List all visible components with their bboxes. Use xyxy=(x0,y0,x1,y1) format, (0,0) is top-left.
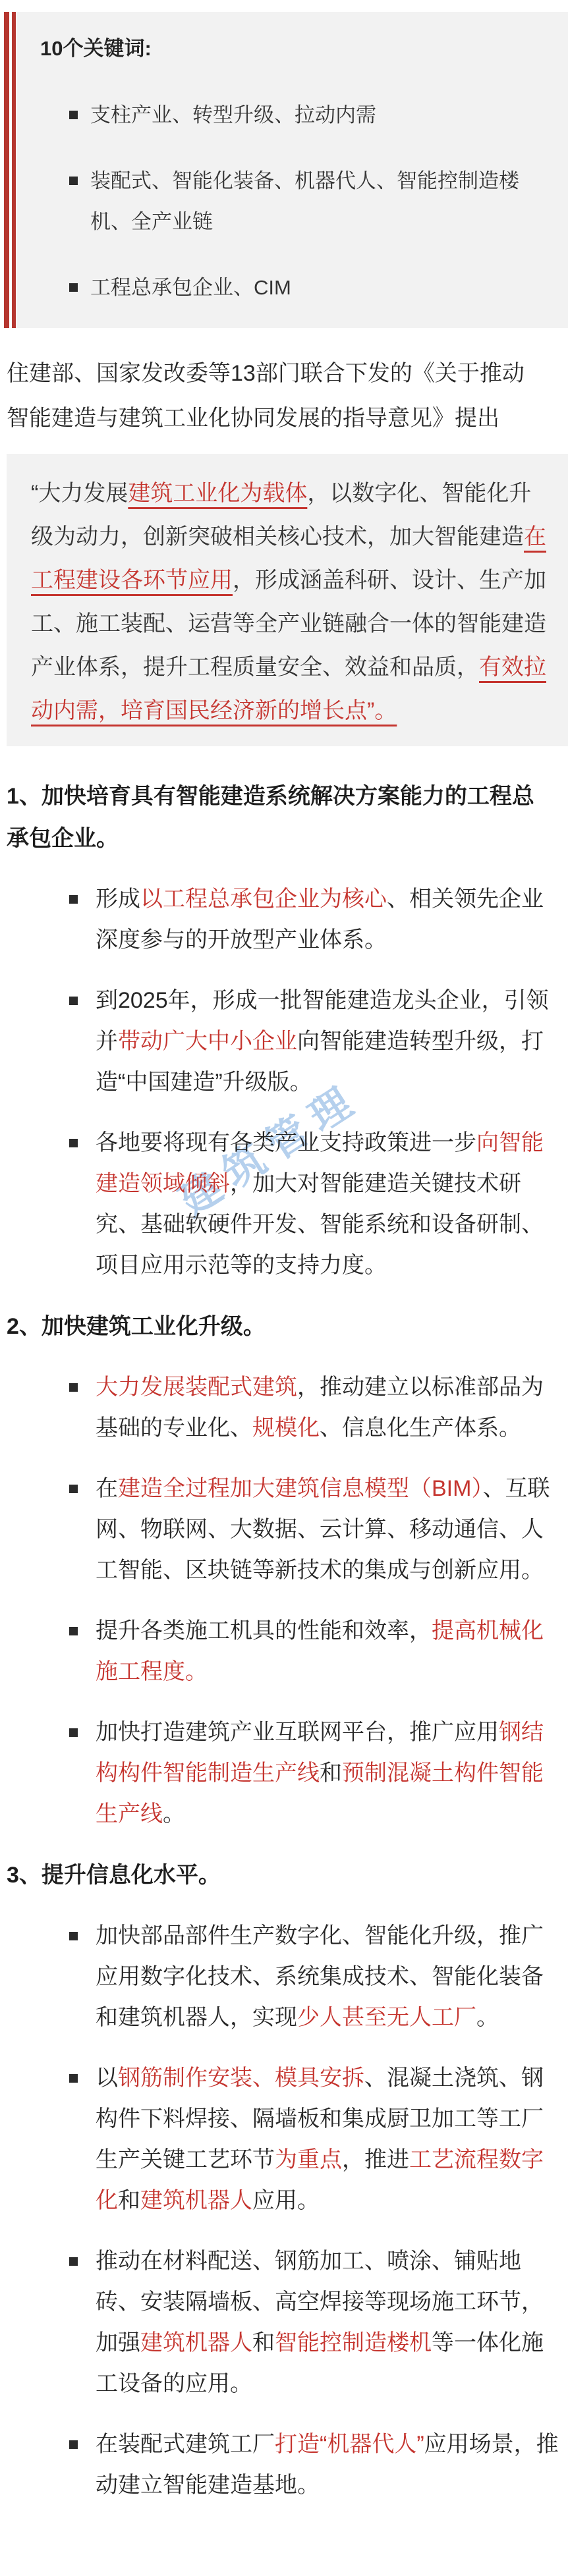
bullet-item: 推动在材料配送、钢筋加工、喷涂、铺贴地砖、安装隔墙板、高空焊接等现场施工环节，加… xyxy=(0,2241,568,2404)
keyword-item: 支柱产业、转型升级、拉动内需 xyxy=(40,95,548,136)
plain-text: 和 xyxy=(252,2330,275,2355)
article-page: 建筑管理 10个关键词: 支柱产业、转型升级、拉动内需 装配式、智能化装备、机器… xyxy=(0,0,568,2537)
bullet-text: 提升各类施工机具的性能和效率，提高机械化施工程度。 xyxy=(96,1618,544,1684)
plain-text: 在装配式建筑工厂 xyxy=(96,2432,275,2457)
bullet-text: 形成以工程总承包企业为核心、相关领先企业深度参与的开放型产业体系。 xyxy=(96,887,544,952)
keywords-box-body: 10个关键词: 支柱产业、转型升级、拉动内需 装配式、智能化装备、机器代人、智能… xyxy=(16,12,568,328)
bullet-text: 以钢筋制作安装、模具安拆、混凝土浇筑、钢构件下料焊接、隔墙板和集成厨卫加工等工厂… xyxy=(96,2066,544,2213)
plain-text: 提升各类施工机具的性能和效率， xyxy=(96,1618,432,1643)
intro-paragraph: 住建部、国家发改委等13部门联合下发的《关于推动智能建造与建筑工业化协同发展的指… xyxy=(7,351,542,441)
plain-text: 、信息化生产体系。 xyxy=(320,1415,521,1440)
bullet-square-icon xyxy=(69,1485,78,1493)
highlight-red-text: 建筑机器人 xyxy=(140,2330,252,2355)
bullet-square-icon xyxy=(69,2074,78,2083)
plain-text: 形成 xyxy=(96,887,140,912)
keyword-text: 支柱产业、转型升级、拉动内需 xyxy=(90,103,376,126)
plain-text: 住建部、国家发改委等13部门联合下发的《关于推动智能建造与建筑工业化协同发展的指… xyxy=(7,361,525,431)
plain-text: 以 xyxy=(96,2066,118,2091)
section-bullet-list: 形成以工程总承包企业为核心、相关领先企业深度参与的开放型产业体系。 到2025年… xyxy=(0,879,568,1286)
highlight-red-text: 规模化 xyxy=(252,1415,320,1440)
bullet-item: 形成以工程总承包企业为核心、相关领先企业深度参与的开放型产业体系。 xyxy=(0,879,568,960)
keyword-item: 工程总承包企业、CIM xyxy=(40,267,548,308)
bullet-text: 在建造全过程加大建筑信息模型（BIM）、互联网、物联网、大数据、云计算、移动通信… xyxy=(96,1476,550,1583)
highlight-red-text: 少人甚至无人工厂 xyxy=(297,2005,476,2030)
highlight-red-text: 钢筋制作安装、模具安拆 xyxy=(118,2066,364,2091)
bullet-square-icon xyxy=(69,997,78,1005)
highlight-red-text: 建造全过程加大建筑信息模型（BIM） xyxy=(118,1476,482,1501)
highlight-red-text: 建筑工业化为载体 xyxy=(128,481,307,506)
sections-container: 1、加快培育具有智能建造系统解决方案能力的工程总承包企业。 形成以工程总承包企业… xyxy=(0,775,568,2506)
highlight-red-text: 以工程总承包企业为核心 xyxy=(140,887,387,912)
plain-text: 各地要将现有各类产业支持政策进一步 xyxy=(96,1130,476,1155)
highlight-red-text: 为重点 xyxy=(275,2147,342,2172)
bullet-square-icon xyxy=(69,2257,78,2266)
bullet-square-icon xyxy=(69,1139,78,1147)
bullet-square-icon xyxy=(69,1383,78,1392)
keywords-box: 10个关键词: 支柱产业、转型升级、拉动内需 装配式、智能化装备、机器代人、智能… xyxy=(4,12,568,328)
section-bullet-list: 大力发展装配式建筑，推动建立以标准部品为基础的专业化、规模化、信息化生产体系。 … xyxy=(0,1367,568,1834)
highlight-red-text: 带动广大中小企业 xyxy=(118,1029,297,1054)
keywords-title: 10个关键词: xyxy=(40,36,548,62)
plain-text: ，推进 xyxy=(342,2147,409,2172)
section-heading: 1、加快培育具有智能建造系统解决方案能力的工程总承包企业。 xyxy=(7,775,542,860)
bullet-text: 在装配式建筑工厂打造“机器代人”应用场景，推动建立智能建造基地。 xyxy=(96,2432,559,2498)
bullet-item: 到2025年，形成一批智能建造龙头企业，引领并带动广大中小企业向智能建造转型升级… xyxy=(0,980,568,1103)
keyword-item: 装配式、智能化装备、机器代人、智能控制造楼机、全产业链 xyxy=(40,161,548,242)
section-bullet-list: 加快部品部件生产数字化、智能化升级，推广应用数字化技术、系统集成技术、智能化装备… xyxy=(0,1915,568,2506)
bullet-text: 加快打造建筑产业互联网平台，推广应用钢结构构件智能制造生产线和预制混凝土构件智能… xyxy=(96,1720,544,1826)
article-section: 3、提升信息化水平。 加快部品部件生产数字化、智能化升级，推广应用数字化技术、系… xyxy=(0,1854,568,2506)
bullet-square-icon xyxy=(69,1932,78,1940)
section-heading: 2、加快建筑工业化升级。 xyxy=(7,1305,542,1348)
highlight-red-text: 智能控制造楼机 xyxy=(275,2330,432,2355)
plain-text: 和 xyxy=(118,2188,140,2213)
keyword-text: 工程总承包企业、CIM xyxy=(90,276,291,299)
red-accent-bar-thick xyxy=(4,12,9,328)
bullet-item: 各地要将现有各类产业支持政策进一步向智能建造领域倾斜，加大对智能建造关键技术研究… xyxy=(0,1122,568,1286)
bullet-square-icon xyxy=(69,1627,78,1635)
keyword-text: 装配式、智能化装备、机器代人、智能控制造楼机、全产业链 xyxy=(90,169,519,233)
plain-text: “大力发展 xyxy=(31,481,128,506)
keywords-list: 支柱产业、转型升级、拉动内需 装配式、智能化装备、机器代人、智能控制造楼机、全产… xyxy=(40,95,548,308)
article-section: 2、加快建筑工业化升级。 大力发展装配式建筑，推动建立以标准部品为基础的专业化、… xyxy=(0,1305,568,1834)
plain-text: 在 xyxy=(96,1476,118,1501)
bullet-square-icon xyxy=(69,111,78,119)
bullet-item: 加快部品部件生产数字化、智能化升级，推广应用数字化技术、系统集成技术、智能化装备… xyxy=(0,1915,568,2038)
plain-text: 应用。 xyxy=(252,2188,320,2213)
bullet-item: 在建造全过程加大建筑信息模型（BIM）、互联网、物联网、大数据、云计算、移动通信… xyxy=(0,1468,568,1591)
highlight-red-text: 打造“机器代人” xyxy=(275,2432,424,2457)
bullet-item: 在装配式建筑工厂打造“机器代人”应用场景，推动建立智能建造基地。 xyxy=(0,2424,568,2506)
bullet-item: 加快打造建筑产业互联网平台，推广应用钢结构构件智能制造生产线和预制混凝土构件智能… xyxy=(0,1712,568,1834)
plain-text: 。 xyxy=(163,1801,185,1826)
policy-quote-box: “大力发展建筑工业化为载体，以数字化、智能化升级为动力，创新突破相关核心技术，加… xyxy=(7,454,568,746)
plain-text: 和 xyxy=(320,1761,342,1786)
bullet-item: 提升各类施工机具的性能和效率，提高机械化施工程度。 xyxy=(0,1610,568,1692)
bullet-square-icon xyxy=(69,1728,78,1737)
article-section: 1、加快培育具有智能建造系统解决方案能力的工程总承包企业。 形成以工程总承包企业… xyxy=(0,775,568,1286)
highlight-red-text: 建筑机器人 xyxy=(140,2188,252,2213)
plain-text: 。 xyxy=(476,2005,499,2030)
bullet-square-icon xyxy=(69,177,78,185)
bullet-text: 大力发展装配式建筑，推动建立以标准部品为基础的专业化、规模化、信息化生产体系。 xyxy=(96,1375,544,1440)
bullet-item: 以钢筋制作安装、模具安拆、混凝土浇筑、钢构件下料焊接、隔墙板和集成厨卫加工等工厂… xyxy=(0,2058,568,2221)
plain-text: 加快打造建筑产业互联网平台，推广应用 xyxy=(96,1720,499,1745)
section-heading: 3、提升信息化水平。 xyxy=(7,1854,542,1896)
bullet-text: 加快部品部件生产数字化、智能化升级，推广应用数字化技术、系统集成技术、智能化装备… xyxy=(96,1923,544,2030)
bullet-square-icon xyxy=(69,895,78,904)
red-accent-bar-thin xyxy=(12,12,16,328)
article-content: 10个关键词: 支柱产业、转型升级、拉动内需 装配式、智能化装备、机器代人、智能… xyxy=(0,12,568,2506)
bullet-text: 推动在材料配送、钢筋加工、喷涂、铺贴地砖、安装隔墙板、高空焊接等现场施工环节，加… xyxy=(96,2249,544,2396)
bullet-text: 各地要将现有各类产业支持政策进一步向智能建造领域倾斜，加大对智能建造关键技术研究… xyxy=(96,1130,544,1278)
bullet-square-icon xyxy=(69,283,78,292)
bullet-item: 大力发展装配式建筑，推动建立以标准部品为基础的专业化、规模化、信息化生产体系。 xyxy=(0,1367,568,1448)
highlight-red-text: 大力发展装配式建筑 xyxy=(96,1375,297,1400)
bullet-square-icon xyxy=(69,2440,78,2449)
bullet-text: 到2025年，形成一批智能建造龙头企业，引领并带动广大中小企业向智能建造转型升级… xyxy=(96,988,549,1095)
